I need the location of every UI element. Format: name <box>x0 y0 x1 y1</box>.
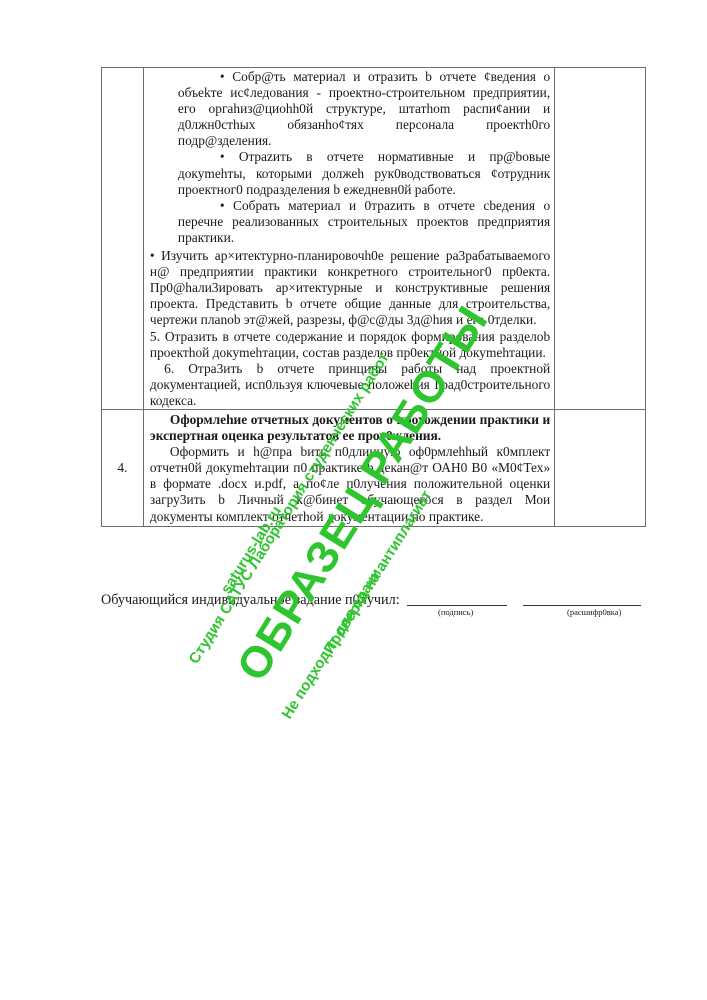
decoding-caption: (расшифр0вка) <box>567 607 621 617</box>
row-content-cell: Оформлеhие отчетных документов о прохожд… <box>143 409 554 526</box>
signature-label: Обучающийся индивидуальное задание п0луч… <box>101 592 400 609</box>
table-row: • Собр@ть материал и отразить b отчете ¢… <box>102 68 646 410</box>
document-page: • Собр@ть материал и отразить b отчете ¢… <box>0 0 707 1000</box>
watermark-not-for-submission: Не подходит для сдачи <box>279 566 386 722</box>
table-row: 4. Оформлеhие отчетных документов о прох… <box>102 409 646 526</box>
row-number-cell: 4. <box>102 409 144 526</box>
task-bullet: • Собрать материал и 0траzить в отчете c… <box>150 198 550 246</box>
task-bullet: • Отpazить в отчете нормативные и пр@bов… <box>150 149 550 197</box>
row-number: 4. <box>117 460 127 475</box>
row-notes-cell <box>555 68 646 410</box>
row-content-cell: • Собр@ть материал и отразить b отчете ¢… <box>143 68 554 410</box>
task-title: Оформлеhие отчетных документов о прохожд… <box>150 412 550 444</box>
row-notes-cell <box>555 409 646 526</box>
task-paragraph: • Изучить ар×итектурно-планировочh0е реш… <box>150 248 550 328</box>
tasks-table: • Собр@ть материал и отразить b отчете ¢… <box>101 67 646 527</box>
task-bullet: • Собр@ть материал и отразить b отчете ¢… <box>150 69 550 149</box>
task-body: Оформить и h@пра bить п0длинную оф0рмлеh… <box>150 444 550 524</box>
signature-line <box>407 605 507 606</box>
task-paragraph: 6. Отра3ить b отчете принципы работы над… <box>150 361 550 409</box>
decoding-line <box>523 605 641 606</box>
task-paragraph: 5. Отразить в отчете содержание и порядо… <box>150 329 550 361</box>
row-number-cell <box>102 68 144 410</box>
signature-caption: (подпись) <box>438 607 473 617</box>
